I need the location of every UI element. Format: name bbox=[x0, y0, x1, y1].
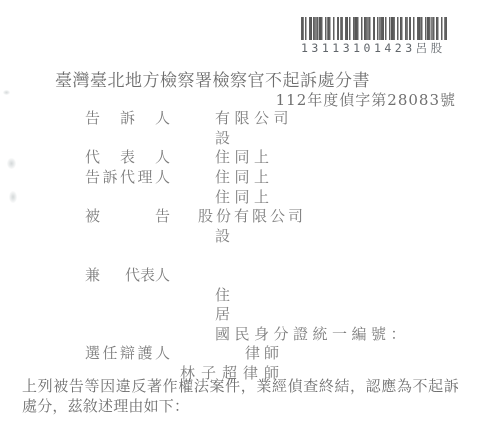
party-value: 股份有限公司 bbox=[198, 205, 306, 226]
party-label-segment: 兼 bbox=[85, 264, 100, 285]
party-label: 兼代表人 bbox=[85, 264, 170, 285]
party-value: 住同上 bbox=[215, 166, 274, 187]
scanned-document-page: 13113101423呂股 臺灣臺北地方檢察署檢察官不起訴處分書 112年度偵字… bbox=[0, 0, 480, 422]
party-label-segment: 理 bbox=[137, 166, 152, 187]
party-label-segment: 告 bbox=[85, 166, 100, 187]
party-value: 國民身分證統一編號： bbox=[215, 323, 410, 344]
party-label: 告訴代理人 bbox=[85, 166, 170, 187]
party-label-segment: 人 bbox=[155, 146, 170, 167]
party-row: 代表人住同上 bbox=[85, 147, 410, 167]
party-label-segment: 被 bbox=[85, 205, 100, 226]
party-label-segment: 代 bbox=[85, 146, 100, 167]
party-value: 居 bbox=[215, 303, 235, 324]
document-title: 臺灣臺北地方檢察署檢察官不起訴處分書 bbox=[55, 66, 370, 91]
party-label-segment: 代 bbox=[120, 166, 135, 187]
party-row: 設 bbox=[85, 226, 410, 246]
party-label: 告訴人 bbox=[85, 107, 170, 128]
party-label-segment: 護 bbox=[137, 342, 152, 363]
party-label-segment: 人 bbox=[155, 342, 170, 363]
party-value: 住 bbox=[215, 284, 235, 305]
party-label-segment: 任 bbox=[102, 342, 117, 363]
party-label: 被告 bbox=[85, 205, 170, 226]
barcode-icon bbox=[301, 17, 449, 40]
party-value: 律師 bbox=[245, 342, 283, 363]
party-label-segment: 告 bbox=[155, 205, 170, 226]
closing-paragraph: 上列被告等因違反著作權法案件，業經偵查終結，認應為不起訴處分，茲敘述理由如下： bbox=[22, 377, 459, 416]
party-label-segment: 代表人 bbox=[125, 264, 170, 285]
party-value: 住同上 bbox=[215, 186, 274, 207]
party-label-segment: 人 bbox=[155, 166, 170, 187]
scan-artifact-smudge bbox=[3, 90, 10, 95]
party-label-segment: 辯 bbox=[120, 342, 135, 363]
party-row: 告訴代理人住同上 bbox=[85, 167, 410, 187]
party-label: 代表人 bbox=[85, 146, 170, 167]
party-label-segment: 告 bbox=[85, 107, 100, 128]
party-row: 居 bbox=[85, 304, 410, 324]
barcode-number-text: 13113101423呂股 bbox=[301, 40, 471, 56]
party-row: 被告股份有限公司 bbox=[85, 206, 410, 226]
party-row: 設 bbox=[85, 128, 410, 148]
party-row: 住 bbox=[85, 284, 410, 304]
party-label-segment: 表 bbox=[120, 146, 135, 167]
party-label-segment: 人 bbox=[155, 107, 170, 128]
party-value: 設 bbox=[215, 127, 235, 148]
party-row: 住同上 bbox=[85, 186, 410, 206]
party-row: 國民身分證統一編號： bbox=[85, 324, 410, 344]
party-label-segment: 選 bbox=[85, 342, 100, 363]
spacer-row bbox=[85, 245, 410, 265]
party-value: 有限公司 bbox=[215, 107, 293, 128]
case-number: 112年度偵字第28083號 bbox=[276, 89, 456, 110]
scan-artifact-smudge bbox=[9, 191, 17, 203]
party-label: 選任辯護人 bbox=[85, 342, 170, 363]
parties-section: 告訴人有限公司設代表人住同上告訴代理人住同上住同上被告股份有限公司設兼代表人住居… bbox=[85, 108, 410, 382]
party-label-segment: 訴 bbox=[102, 166, 117, 187]
party-value: 設 bbox=[215, 225, 235, 246]
party-row: 兼代表人 bbox=[85, 265, 410, 285]
party-row: 告訴人有限公司 bbox=[85, 108, 410, 128]
party-value: 住同上 bbox=[215, 146, 274, 167]
party-label-segment: 訴 bbox=[120, 107, 135, 128]
party-row: 選任辯護人律師 bbox=[85, 343, 410, 363]
scan-artifact-smudge bbox=[7, 158, 16, 169]
